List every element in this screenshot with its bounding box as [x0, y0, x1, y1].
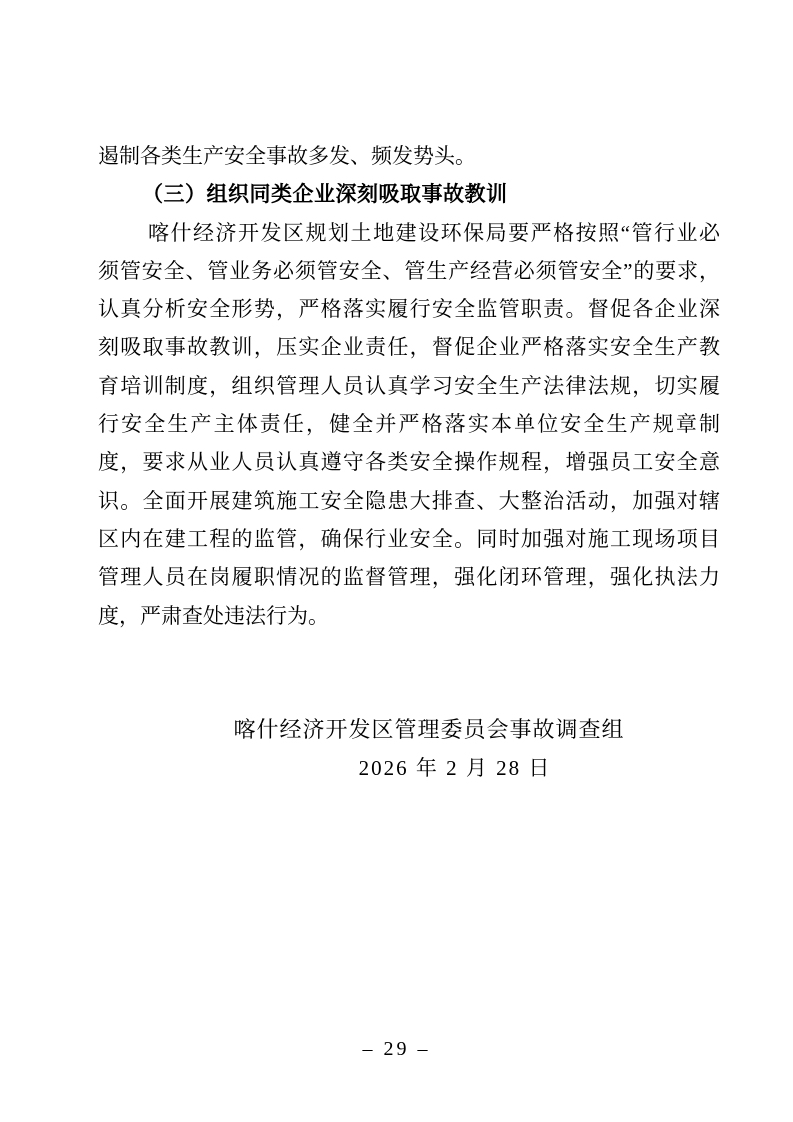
text-line: 行安全生产主体责任，健全并严格落实本单位安全生产规章制 [98, 405, 720, 443]
text-line: 遏制各类生产安全事故多发、频发势头。 [98, 137, 720, 175]
text-line: 管理人员在岗履职情况的监督管理，强化闭环管理，强化执法力 [98, 558, 720, 596]
section-heading: （三）组织同类企业深刻吸取事故教训 [98, 175, 720, 213]
text-line: 度，要求从业人员认真遵守各类安全操作规程，增强员工安全意 [98, 443, 720, 481]
signature-block: 喀什经济开发区管理委员会事故调查组 2026 年 2 月 28 日 [98, 711, 720, 788]
text-line: 度，严肃查处违法行为。 [98, 597, 720, 635]
text-line: 喀什经济开发区规划土地建设环保局要严格按照“管行业必 [98, 214, 720, 252]
text-line: 须管安全、管业务必须管安全、管生产经营必须管安全”的要求， [98, 252, 720, 290]
text-line: 认真分析安全形势，严格落实履行安全监管职责。督促各企业深 [98, 290, 720, 328]
signature-org: 喀什经济开发区管理委员会事故调查组 [118, 711, 740, 749]
document-body: 遏制各类生产安全事故多发、频发势头。（三）组织同类企业深刻吸取事故教训喀什经济开… [98, 137, 720, 635]
text-line: 区内在建工程的监管，确保行业安全。同时加强对施工现场项目 [98, 520, 720, 558]
text-line: 识。全面开展建筑施工安全隐患大排查、大整治活动，加强对辖 [98, 482, 720, 520]
text-line: 育培训制度，组织管理人员认真学习安全生产法律法规，切实履 [98, 367, 720, 405]
text-line: 刻吸取事故教训，压实企业责任，督促企业严格落实安全生产教 [98, 328, 720, 366]
page-number: – 29 – [0, 1034, 793, 1064]
document-page: 遏制各类生产安全事故多发、频发势头。（三）组织同类企业深刻吸取事故教训喀什经济开… [0, 0, 793, 1122]
signature-date: 2026 年 2 月 28 日 [144, 749, 766, 787]
